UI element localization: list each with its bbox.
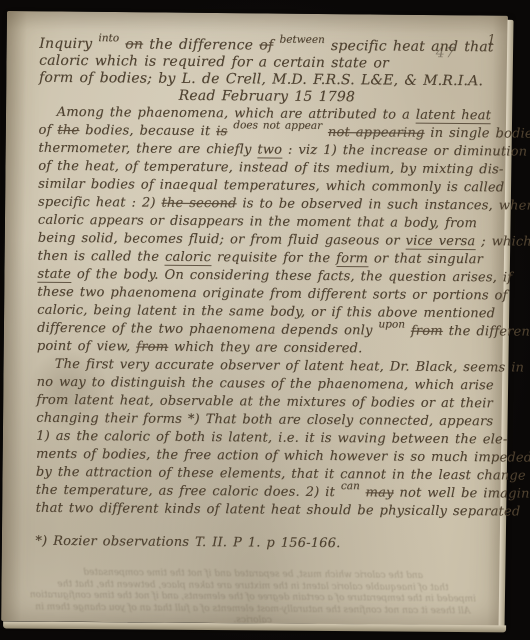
text-run: being solid, becomes fluid; or from flui… <box>38 231 406 249</box>
struck-word: is <box>216 124 227 139</box>
manuscript-line: form of bodies; by L. de Crell, M.D. F.R… <box>39 70 495 91</box>
text-run: the temperature, as free caloric does. 2… <box>36 483 341 500</box>
text-run: bodies, because it <box>79 123 216 139</box>
inserted-word: between <box>279 34 324 46</box>
text-run: by the attraction of these elements, tha… <box>36 465 526 484</box>
text-run: similar bodies of inaequal temperatures,… <box>38 177 504 196</box>
struck-word: from <box>136 339 168 354</box>
photo-background: 1 47 Inquiry into on the difference of b… <box>0 0 530 640</box>
struck-word: of <box>259 37 273 53</box>
struck-word: may <box>366 485 394 500</box>
footnote-line: *) Rozier observations T. II. P 1. p 156… <box>35 533 491 555</box>
struck-word: the second <box>161 196 236 212</box>
text-run: not well be imagined, <box>394 486 530 502</box>
text-run: caloric, being latent in the same body, … <box>37 303 495 322</box>
text-run: of the heat, of temperature, instead of … <box>38 159 503 178</box>
text-run: ments of bodies, the free action of whic… <box>36 447 530 466</box>
text-run: of <box>39 123 58 138</box>
text-run: The first very accurate observer of late… <box>55 357 525 376</box>
manuscript-line: that two different kinds of latent heat … <box>36 500 492 522</box>
text-run: specific heat and that <box>325 38 494 55</box>
inserted-word: upon <box>378 318 405 330</box>
underlined-word: form <box>336 251 368 267</box>
manuscript-page: 1 47 Inquiry into on the difference of b… <box>1 11 508 626</box>
struck-word: not appearing <box>328 125 425 141</box>
text-run: these two phaenomena originate from diff… <box>37 285 507 304</box>
text-run <box>227 124 233 139</box>
text-run: form of bodies; by L. de Crell, M.D. F.R… <box>39 70 483 89</box>
text-run: *) Rozier observations T. II. P 1. p 156… <box>35 534 340 551</box>
text-run: the difference <box>143 37 259 54</box>
text-run: in single bodies by the <box>424 126 530 142</box>
text-run: thermometer, there are chiefly <box>38 141 257 158</box>
text-run: specific heat : 2) <box>38 195 162 211</box>
text-run: is to be observed in such instances, whe… <box>237 196 530 213</box>
underlined-word: state <box>37 267 71 283</box>
text-run: ; which <box>475 234 530 249</box>
text-run: or that singular <box>368 251 483 267</box>
inserted-word: into <box>98 32 119 44</box>
manuscript-text: Inquiry into on the difference of betwee… <box>35 36 495 555</box>
underlined-word: latent heat <box>416 108 491 125</box>
text-run: caloric appears or disappears in the mom… <box>38 213 477 231</box>
text-run: Read February 15 1798 <box>179 88 356 105</box>
text-run: point of view, <box>37 339 136 355</box>
text-run: 1) as the caloric of both is latent, i.e… <box>36 429 507 448</box>
inserted-word: does not appear <box>233 119 322 132</box>
text-run: then is called the <box>38 249 166 265</box>
text-run: which they are considered. <box>168 340 362 357</box>
underlined-word: caloric <box>165 250 211 266</box>
text-run: no way to distinguish the causes of the … <box>37 375 494 394</box>
text-run: caloric which is required for a certain … <box>39 53 389 72</box>
text-run: from latent heat, observable at the mixt… <box>36 393 493 412</box>
struck-word: on <box>125 36 143 52</box>
struck-word: the <box>57 123 79 138</box>
inserted-word: can <box>341 480 360 492</box>
underlined-word: two <box>257 142 282 158</box>
text-run: of the body. On considering these facts,… <box>71 267 512 285</box>
underlined-word: vice versa <box>405 234 475 251</box>
text-run: Inquiry <box>39 36 98 52</box>
text-run: changing their forms *) That both are cl… <box>36 411 493 430</box>
text-run: requisite for the <box>211 250 336 266</box>
text-run: the different <box>443 324 530 340</box>
struck-word: from <box>411 324 443 339</box>
text-run: : viz 1) the increase or diminution <box>282 143 527 160</box>
bleedthrough-text: and the caloric which must, be separated… <box>13 567 493 629</box>
text-run: difference of the two phaenomena depends… <box>37 321 378 339</box>
text-run: that two different kinds of latent heat … <box>36 501 521 520</box>
